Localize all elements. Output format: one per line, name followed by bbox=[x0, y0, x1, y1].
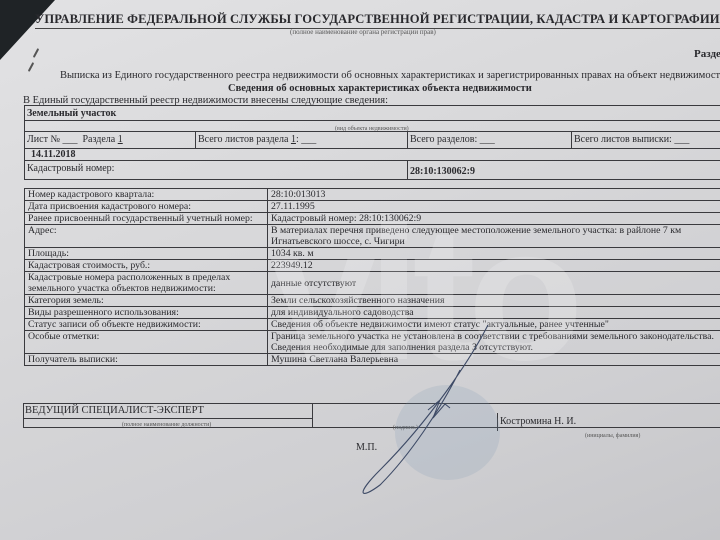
cadastral-number-value: 28:10:130062:9 bbox=[410, 166, 475, 177]
table-row: Получатель выписки:Мушина Светлана Валер… bbox=[25, 354, 720, 366]
table-row: Кадастровая стоимость, руб.:223949.12 bbox=[25, 260, 720, 272]
row-label: Номер кадастрового квартала: bbox=[25, 189, 268, 201]
sheet-number: Лист № ___ Раздела 1 bbox=[27, 134, 123, 145]
row-label: Площадь: bbox=[25, 248, 268, 260]
section-sheets-suffix: : bbox=[296, 134, 299, 145]
row-value: В материалах перечня приведено следующее… bbox=[268, 225, 720, 248]
official-name: Костромина Н. И. bbox=[500, 416, 576, 427]
total-sheets: Всего листов выписки: ___ bbox=[574, 134, 689, 145]
section-heading: Раздел bbox=[694, 48, 720, 60]
row-value: Земли сельскохозяйственного назначения bbox=[268, 295, 720, 307]
row-label: Кадастровая стоимость, руб.: bbox=[25, 260, 268, 272]
row-label: Ранее присвоенный государственный учетны… bbox=[25, 213, 268, 225]
staple-mark bbox=[28, 62, 34, 72]
total-sheets-label: Всего листов выписки: bbox=[574, 134, 672, 145]
characteristics-table: Номер кадастрового квартала:28:10:013013… bbox=[24, 188, 720, 366]
sheet-label: Лист № bbox=[27, 134, 60, 145]
table-row: Виды разрешенного использования:для инди… bbox=[25, 307, 720, 319]
sign-caption: (подпись) bbox=[393, 423, 418, 434]
name-caption: (инициалы, фамилия) bbox=[585, 431, 640, 442]
row-value: 28:10:013013 bbox=[268, 189, 720, 201]
section-label: Раздела bbox=[82, 134, 115, 145]
section-sheets: Всего листов раздела 1: ___ bbox=[198, 134, 316, 145]
table-row: Площадь:1034 кв. м bbox=[25, 248, 720, 260]
cadastral-number-label: Кадастровый номер: bbox=[27, 163, 114, 174]
section-value: 1 bbox=[118, 134, 123, 145]
row-value: Мушина Светлана Валерьевна bbox=[268, 354, 720, 366]
document-title: Выписка из Единого государственного реес… bbox=[60, 70, 720, 81]
total-sheets-value: ___ bbox=[674, 134, 689, 145]
total-sections-value: ___ bbox=[480, 134, 495, 145]
row-label: Кадастровые номера расположенных в преде… bbox=[25, 272, 268, 295]
agency-caption: (полное наименование органа регистрации … bbox=[290, 28, 436, 36]
row-value: 223949.12 bbox=[268, 260, 720, 272]
row-value: для индивидуального садоводства bbox=[268, 307, 720, 319]
row-value: Кадастровый номер: 28:10:130062:9 bbox=[268, 213, 720, 225]
table-row: Дата присвоения кадастрового номера:27.1… bbox=[25, 201, 720, 213]
document-subtitle: Сведения об основных характеристиках объ… bbox=[228, 83, 532, 94]
table-row: Категория земель:Земли сельскохозяйствен… bbox=[25, 295, 720, 307]
object-type-caption: (вид объекта недвижимости) bbox=[335, 124, 409, 135]
document-page: УПРАВЛЕНИЕ ФЕДЕРАЛЬНОЙ СЛУЖБЫ ГОСУДАРСТВ… bbox=[0, 0, 720, 540]
row-label: Статус записи об объекте недвижимости: bbox=[25, 319, 268, 331]
row-label: Получатель выписки: bbox=[25, 354, 268, 366]
total-sections: Всего разделов: ___ bbox=[410, 134, 495, 145]
section-sheets-label: Всего листов раздела bbox=[198, 134, 288, 145]
position-caption: (полное наименование должности) bbox=[122, 420, 211, 431]
table-row: Кадастровые номера расположенных в преде… bbox=[25, 272, 720, 295]
row-value: 1034 кв. м bbox=[268, 248, 720, 260]
dark-background-corner bbox=[0, 0, 55, 60]
row-label: Виды разрешенного использования: bbox=[25, 307, 268, 319]
extract-date: 14.11.2018 bbox=[31, 149, 75, 160]
seal-label: М.П. bbox=[356, 442, 377, 453]
sheet-value: ___ bbox=[62, 134, 77, 145]
table-row: Ранее присвоенный государственный учетны… bbox=[25, 213, 720, 225]
row-value: Граница земельного участка не установлен… bbox=[268, 331, 720, 354]
row-value: данные отсутствуют bbox=[268, 272, 720, 295]
row-value: 27.11.1995 bbox=[268, 201, 720, 213]
table-row: Номер кадастрового квартала:28:10:013013 bbox=[25, 189, 720, 201]
row-label: Дата присвоения кадастрового номера: bbox=[25, 201, 268, 213]
row-label: Категория земель: bbox=[25, 295, 268, 307]
row-label: Адрес: bbox=[25, 225, 268, 248]
row-label: Особые отметки: bbox=[25, 331, 268, 354]
object-type: Земельный участок bbox=[27, 108, 116, 119]
row-value: Сведения об объекте недвижимости имеют с… bbox=[268, 319, 720, 331]
agency-name: УПРАВЛЕНИЕ ФЕДЕРАЛЬНОЙ СЛУЖБЫ ГОСУДАРСТВ… bbox=[35, 12, 720, 29]
table-row: Адрес:В материалах перечня приведено сле… bbox=[25, 225, 720, 248]
total-sections-label: Всего разделов: bbox=[410, 134, 477, 145]
official-position: ВЕДУЩИЙ СПЕЦИАЛИСТ-ЭКСПЕРТ bbox=[25, 405, 204, 416]
table-row: Статус записи об объекте недвижимости:Св… bbox=[25, 319, 720, 331]
table-row: Особые отметки:Граница земельного участк… bbox=[25, 331, 720, 354]
